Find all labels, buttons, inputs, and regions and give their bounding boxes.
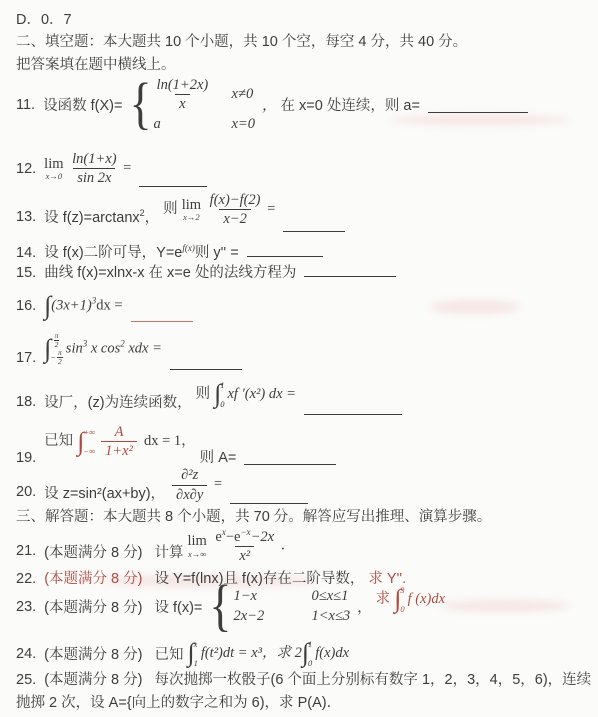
question-18: 18. 设厂，(z)为连续函数， 则 ∫10xf ′(x²) dx = bbox=[16, 388, 402, 415]
question-23: 23. (本题满分 8 分) 设 f(x)= { 1−x0≤x≤1 2x−21<… bbox=[16, 588, 445, 625]
question-14: 14. 设 f(x)二阶可导，Y=ef(x)则 y'' = bbox=[16, 241, 323, 262]
cases-brace: { bbox=[129, 82, 151, 128]
integral-formula: 求 ∫30f (x)dx bbox=[376, 586, 445, 613]
exam-paper: D．0．7 二、填空题：本大题共 10 个小题，共 10 个空，每空 4 分，共… bbox=[0, 0, 598, 717]
limit-formula: limx→∞ ex−e−x−2x x² ． bbox=[187, 527, 295, 565]
piecewise-function: { ln(1+2x)x x≠0 a x=0 bbox=[129, 76, 255, 133]
question-21: 21. (本题满分 8 分) 计算 limx→∞ ex−e−x−2x x² ． bbox=[16, 527, 295, 565]
question-text: 设厂，(z)为连续函数， bbox=[44, 391, 191, 412]
question-number: 19. bbox=[16, 450, 36, 466]
question-19: 19. 已知 ∫+∞−∞A1+x² dx = 1， 则 A= bbox=[16, 430, 336, 467]
fraction: f(x)−f(2)x−2 bbox=[210, 191, 261, 228]
score-note: (本题满分 8 分) bbox=[44, 596, 142, 617]
score-note: (本题满分 8 分) bbox=[44, 643, 142, 664]
question-12: 12. limx→0 ln(1+x)sin 2x = bbox=[16, 150, 207, 187]
fraction: ∂²z∂x∂y bbox=[172, 466, 207, 503]
question-text: 在 x=0 处连续，则 a= bbox=[281, 94, 420, 115]
question-text: 设 f(x)= bbox=[154, 596, 202, 617]
question-number: 24. bbox=[16, 646, 36, 662]
cases-brace: { bbox=[209, 583, 231, 629]
question-number: 17. bbox=[16, 350, 36, 366]
scan-smudge bbox=[440, 600, 570, 612]
piecewise-function: { 1−x0≤x≤1 2x−21<x≤3 bbox=[209, 588, 350, 625]
answer-blank bbox=[230, 488, 308, 504]
question-text: 每次抛掷一枚骰子(6 个面上分别标有数字 1，2，3，4，5，6)，连续 bbox=[155, 672, 592, 688]
fraction: ln(1+x)sin 2x bbox=[72, 150, 116, 187]
question-text: 则 A= bbox=[200, 446, 237, 467]
section2-note: 把答案填在题中横线上。 bbox=[16, 53, 176, 74]
question-13: 13. 设 f(z)=arctanx2， 则 limx→2 f(x)−f(2)x… bbox=[16, 198, 345, 235]
limit-formula: limx→0 ln(1+x)sin 2x = bbox=[44, 150, 131, 187]
fraction: A1+x² bbox=[101, 423, 137, 460]
question-number: 21. bbox=[16, 543, 36, 559]
limit-formula: 则 limx→2 f(x)−f(2)x−2 = bbox=[163, 191, 275, 228]
answer-blank bbox=[131, 306, 193, 322]
integral-formula: 已知 ∫+∞−∞A1+x² dx = 1， bbox=[44, 423, 196, 460]
section3-heading: 三、解答题：本大题共 8 个小题，共 70 分。解答应写出推理、演算步骤。 bbox=[16, 505, 491, 526]
question-text: 计算 bbox=[154, 541, 183, 562]
question-17: 17. ∫ π2 −π2 sin3 x cos2 xdx = bbox=[16, 328, 242, 370]
answer-blank bbox=[170, 354, 242, 370]
question-number: 16. bbox=[16, 298, 36, 314]
answer-blank bbox=[304, 399, 402, 415]
question-25-line2: 抛掷 2 次，设 A={向上的数字之和为 6)，求 P(A)． bbox=[16, 691, 341, 712]
question-number: 20. bbox=[16, 484, 36, 500]
partial-derivative-formula: ∂²z∂x∂y = bbox=[169, 466, 222, 503]
integral-formula: ∫x1f(t²)dt = x³，求 2∫10f(x)dx bbox=[187, 640, 349, 667]
score-note: (本题满分 8 分) bbox=[44, 541, 142, 562]
question-number: 25. bbox=[16, 672, 36, 688]
scan-smudge bbox=[430, 300, 520, 314]
question-number: 18. bbox=[16, 394, 36, 410]
question-number: 14. bbox=[16, 245, 36, 261]
question-number: 23. bbox=[16, 599, 36, 615]
question-text: 曲线 f(x)=xlnx-x 在 x=e 处的法线方程为 bbox=[44, 265, 296, 281]
answer-blank bbox=[304, 261, 396, 277]
answer-blank bbox=[247, 241, 323, 257]
score-note: (本题满分 8 分) bbox=[44, 571, 142, 587]
question-number: 12. bbox=[16, 161, 36, 177]
fraction: ex−e−x−2x x² bbox=[215, 527, 274, 565]
option-d-line: D．0．7 bbox=[16, 8, 72, 29]
answer-blank bbox=[428, 97, 528, 113]
integral-formula: ∫(3x+1)3dx = bbox=[44, 295, 122, 317]
answer-blank bbox=[283, 216, 345, 232]
question-text: 设 Y=f(lnx)且 f(x)存在二阶导数， bbox=[155, 571, 365, 587]
condition: x≠0 bbox=[232, 86, 254, 103]
integral-formula: 则 ∫10xf ′(x²) dx = bbox=[196, 381, 296, 408]
question-text: 设 f(x)二阶可导，Y=ef(x)则 y'' = bbox=[44, 245, 238, 261]
integral-formula: ∫ π2 −π2 sin3 x cos2 xdx = bbox=[44, 332, 162, 366]
question-15: 15. 曲线 f(x)=xlnx-x 在 x=e 处的法线方程为 bbox=[16, 261, 396, 282]
question-text: 抛掷 2 次，设 A={向上的数字之和为 6)，求 P(A)． bbox=[16, 695, 341, 711]
condition: 0≤x≤1 bbox=[311, 588, 348, 605]
question-number: 13. bbox=[16, 209, 36, 225]
question-text: 设函数 f(X)= bbox=[43, 94, 122, 115]
condition: x=0 bbox=[232, 116, 255, 133]
question-number: 15. bbox=[16, 265, 36, 281]
condition: 1<x≤3 bbox=[311, 608, 350, 625]
question-text: 已知 bbox=[154, 643, 183, 664]
question-16: 16. ∫(3x+1)3dx = bbox=[16, 290, 193, 322]
fraction: ln(1+2x)x bbox=[157, 76, 209, 113]
question-25-line1: 25. (本题满分 8 分) 每次抛掷一枚骰子(6 个面上分别标有数字 1，2，… bbox=[16, 668, 591, 689]
question-24: 24. (本题满分 8 分) 已知 ∫x1f(t²)dt = x³，求 2∫10… bbox=[16, 640, 349, 667]
answer-blank bbox=[244, 449, 336, 465]
question-20: 20. 设 z=sin²(ax+by)， ∂²z∂x∂y = bbox=[16, 466, 308, 504]
lower-limit: −π2 bbox=[50, 349, 63, 366]
question-text: 设 z=sin²(ax+by)， bbox=[44, 482, 165, 503]
answer-blank bbox=[139, 171, 207, 187]
question-11: 11. 设函数 f(X)= { ln(1+2x)x x≠0 a x=0 ， 在 … bbox=[16, 76, 528, 133]
upper-limit: π2 bbox=[50, 332, 63, 349]
question-number: 11. bbox=[16, 97, 35, 113]
question-text: 设 f(z)=arctanx2， bbox=[44, 206, 159, 227]
score-note: (本题满分 8 分) bbox=[44, 672, 142, 688]
question-number: 22. bbox=[16, 571, 36, 587]
section2-heading: 二、填空题：本大题共 10 个小题，共 10 个空，每空 4 分，共 40 分。 bbox=[16, 30, 467, 51]
